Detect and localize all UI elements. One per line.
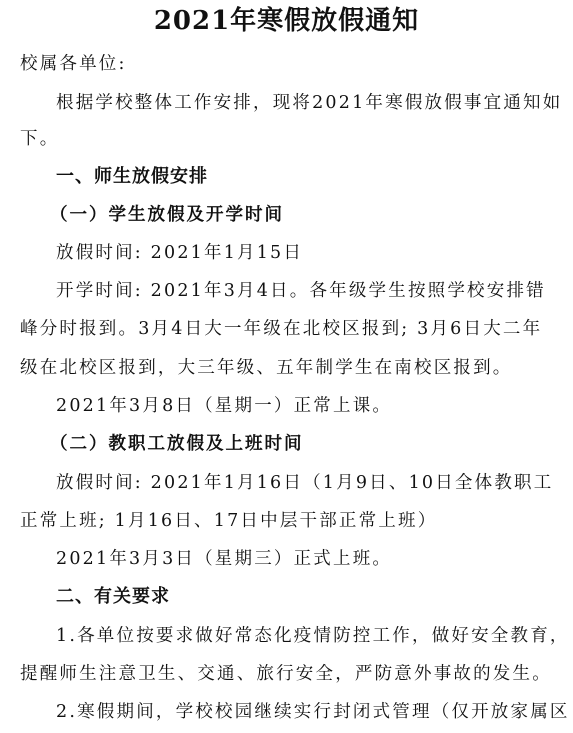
subsection-heading-1: （一）学生放假及开学时间	[50, 203, 573, 227]
paragraph-line: 2.寒假期间，学校校园继续实行封闭式管理（仅开放家属区	[56, 700, 573, 724]
paragraph-line: 峰分时报到。3月4日大一年级在北校区报到; 3月6日大二年	[20, 317, 560, 341]
paragraph-line: 提醒师生注意卫生、交通、旅行安全，严防意外事故的发生。	[20, 662, 560, 686]
paragraph-line: 1.各单位按要求做好常态化疫情防控工作，做好安全教育，	[56, 624, 573, 648]
document-title: 2021年寒假放假通知	[0, 4, 573, 38]
intro-line-2: 下。	[20, 127, 560, 151]
paragraph-line: 正常上班; 1月16日、17日中层干部正常上班）	[20, 509, 560, 533]
salutation: 校属各单位:	[20, 52, 560, 76]
paragraph-line: 2021年3月8日（星期一）正常上课。	[56, 394, 573, 418]
intro-line-1: 根据学校整体工作安排，现将2021年寒假放假事宜通知如	[56, 91, 573, 115]
subsection-heading-2: （二）教职工放假及上班时间	[50, 432, 573, 456]
paragraph-line: 2021年3月3日（星期三）正式上班。	[56, 547, 573, 571]
section-heading-1: 一、师生放假安排	[56, 165, 573, 189]
paragraph-line: 放假时间: 2021年1月16日（1月9日、10日全体教职工	[56, 471, 573, 495]
section-heading-2: 二、有关要求	[56, 585, 573, 609]
paragraph-line: 级在北校区报到，大三年级、五年制学生在南校区报到。	[20, 356, 560, 380]
paragraph-line: 开学时间: 2021年3月4日。各年级学生按照学校安排错	[56, 279, 573, 303]
paragraph-line: 放假时间: 2021年1月15日	[56, 241, 573, 265]
